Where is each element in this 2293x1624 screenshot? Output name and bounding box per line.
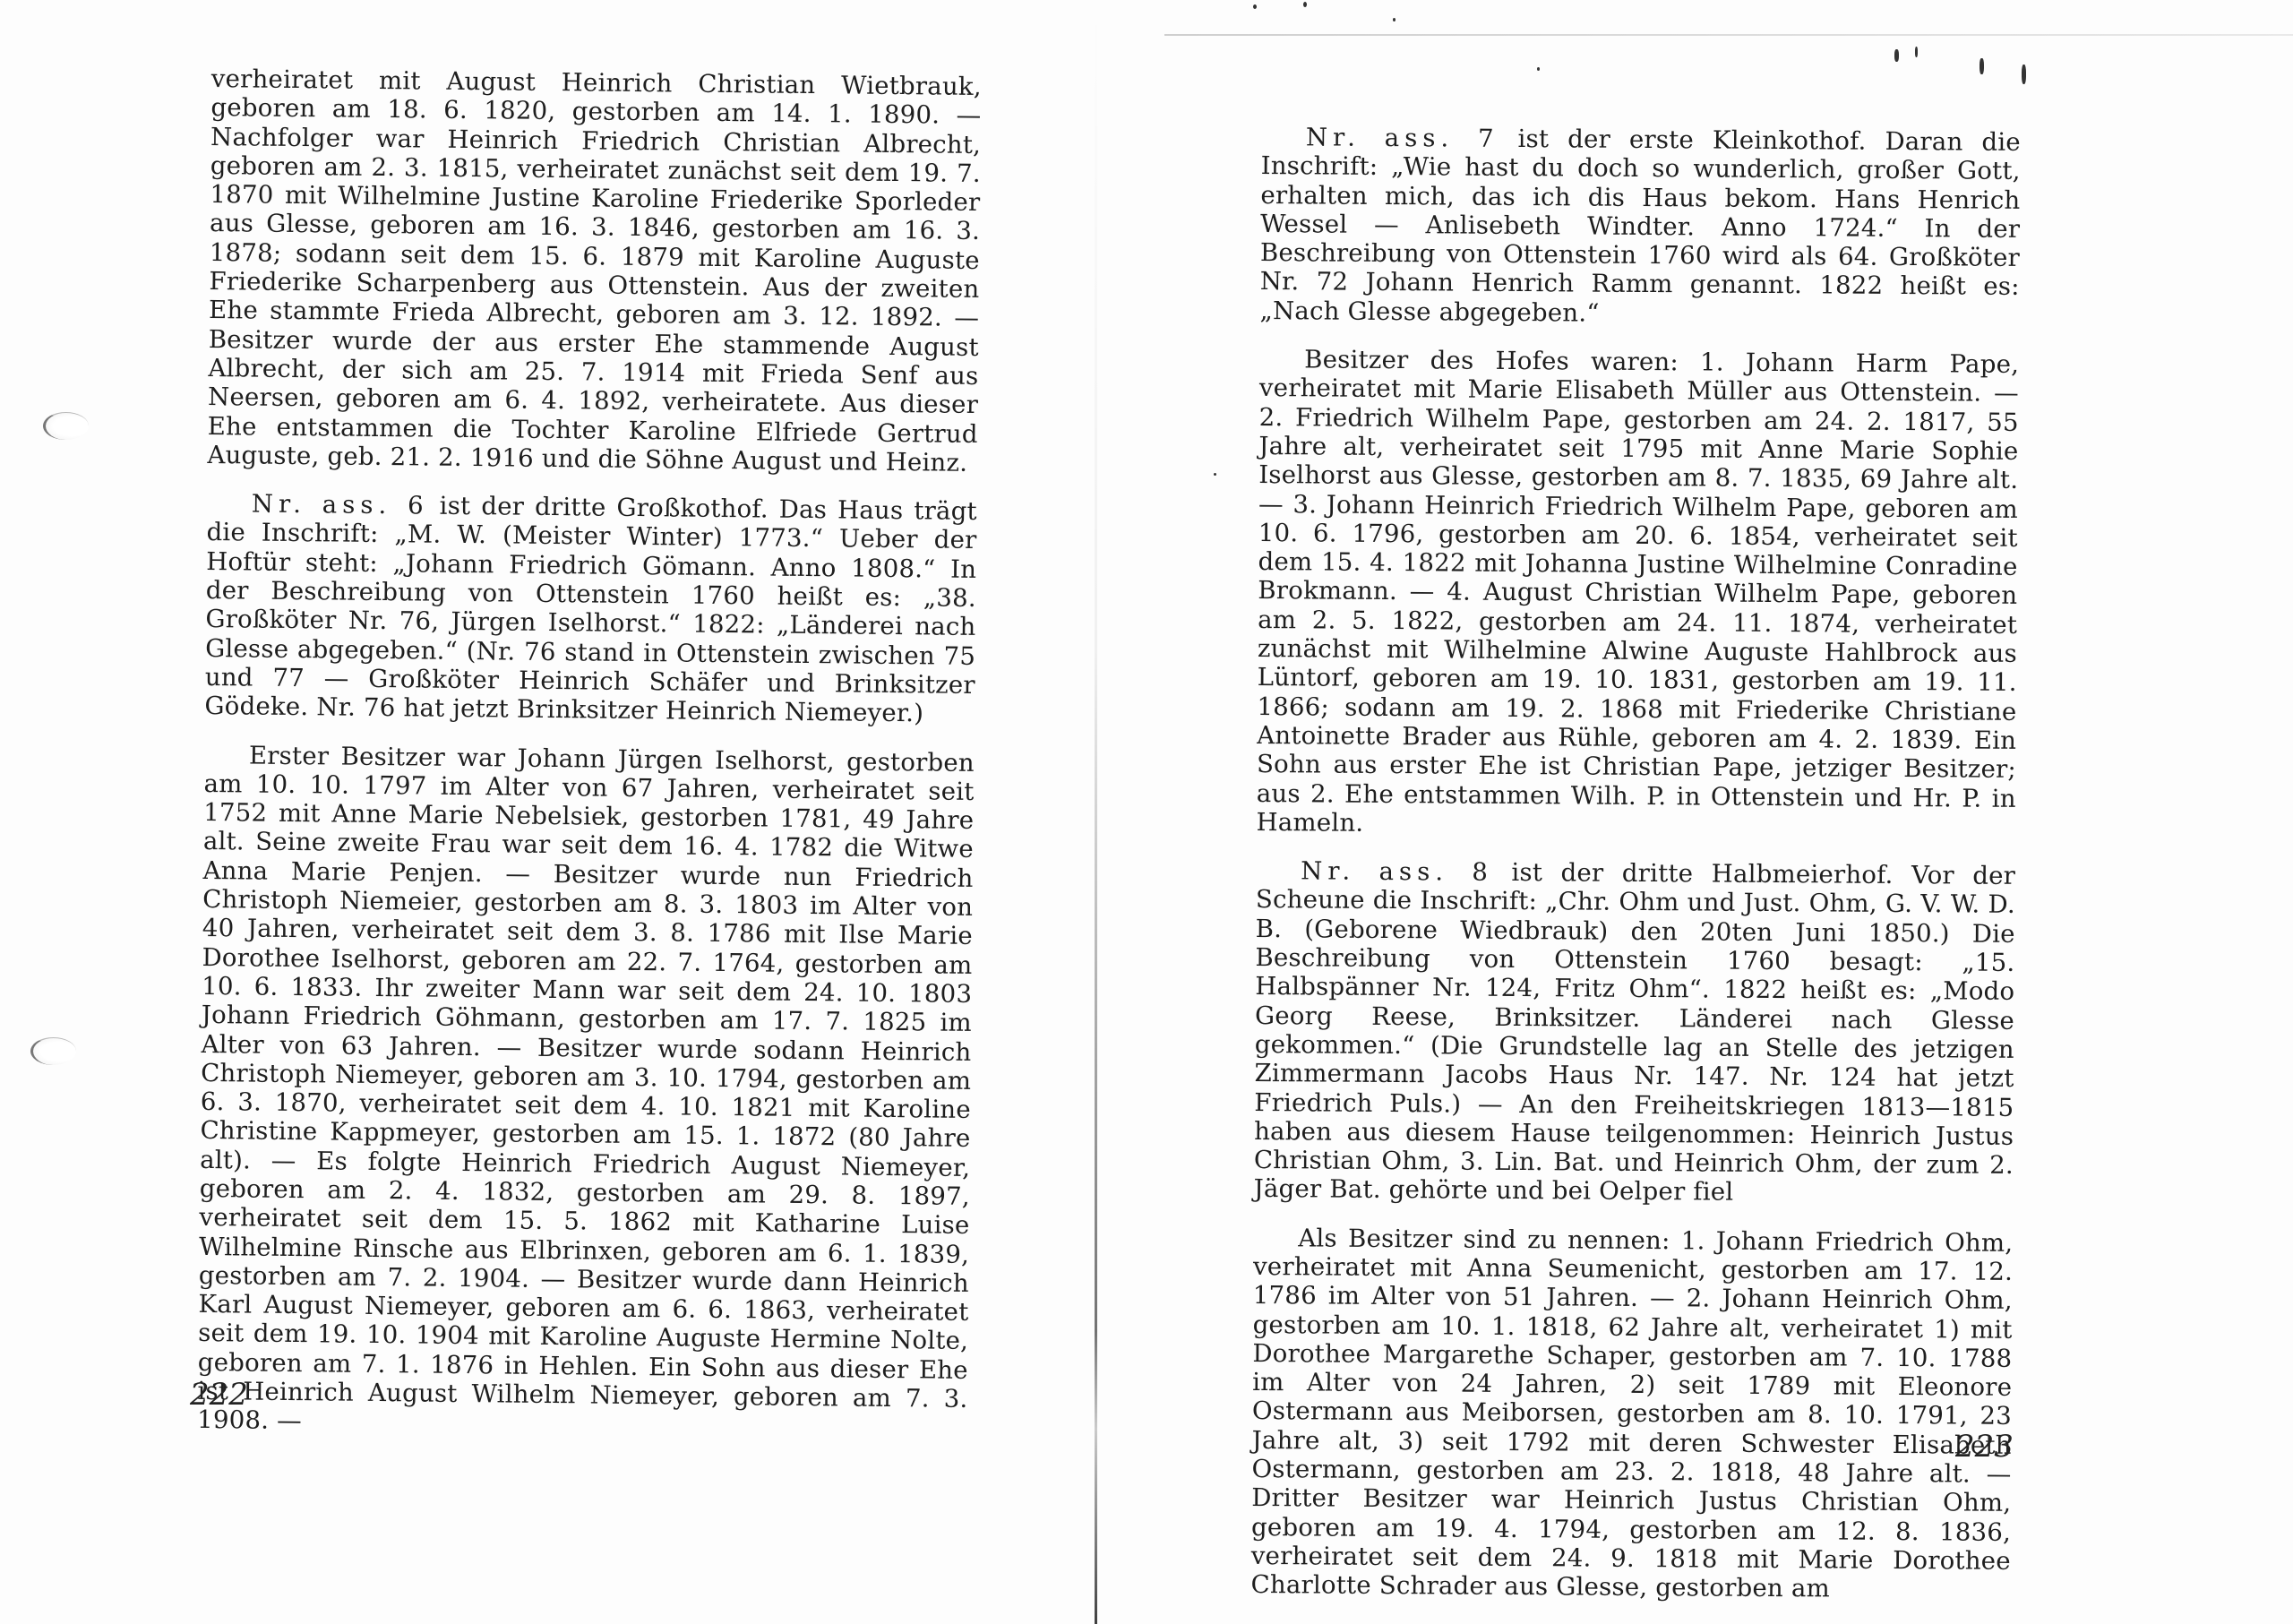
scan-speck — [1393, 18, 1396, 21]
scan-speck — [1980, 58, 1984, 74]
scan-speck — [1253, 4, 1257, 9]
book-gutter — [1095, 0, 1097, 1624]
paragraph: Nr. ass. 6 ist der dritte Großkothof. Da… — [204, 489, 977, 728]
paragraph-text: ist der erste Kleinkothof. Daran die Ins… — [1259, 124, 2021, 328]
paragraph: Besitzer des Hofes waren: 1. Johann Harm… — [1256, 345, 2019, 842]
paragraph-text: Besitzer des Hofes waren: 1. Johann Harm… — [1256, 344, 2019, 837]
punch-hole-mark — [43, 412, 89, 440]
paragraph-text: Erster Besitzer war Johann Jürgen Iselho… — [197, 740, 975, 1435]
paragraph-text: ist der dritte Großkothof. Das Haus träg… — [204, 491, 977, 728]
right-page: Nr. ass. 7 ist der erste Kleinkothof. Da… — [1250, 123, 2020, 1604]
scan-speck — [2022, 64, 2026, 84]
page-number-left: 222 — [190, 1377, 248, 1413]
paragraph: verheiratet mit August Heinrich Christia… — [207, 64, 982, 477]
paragraph-text: verheiratet mit August Heinrich Christia… — [207, 64, 982, 477]
paragraph: Erster Besitzer war Johann Jürgen Iselho… — [197, 740, 975, 1442]
house-number-lead: Nr. ass. 8 — [1301, 855, 1493, 886]
scan-speck — [1303, 2, 1307, 7]
punch-hole-mark — [30, 1037, 76, 1065]
paragraph-text: Als Besitzer sind zu nennen: 1. Johann F… — [1250, 1223, 2013, 1603]
paragraph: Nr. ass. 7 ist der erste Kleinkothof. Da… — [1259, 123, 2021, 331]
paragraph: Nr. ass. 8 ist der dritte Halbmeierhof. … — [1254, 856, 2016, 1208]
scan-speck — [1894, 49, 1899, 62]
paragraph-text: ist der dritte Halbmeierhof. Vor der Sch… — [1254, 857, 2016, 1207]
page-number-right: 223 — [1955, 1429, 2014, 1465]
scan-speck — [1214, 473, 1216, 476]
scan-artifact-line — [1164, 34, 2293, 36]
house-number-lead: Nr. ass. 6 — [252, 489, 429, 520]
left-page: verheiratet mit August Heinrich Christia… — [197, 64, 982, 1443]
house-number-lead: Nr. ass. 7 — [1306, 122, 1499, 153]
paragraph: Als Besitzer sind zu nennen: 1. Johann F… — [1250, 1224, 2013, 1605]
scan-speck — [1537, 67, 1540, 71]
scan-speck — [1915, 47, 1918, 57]
